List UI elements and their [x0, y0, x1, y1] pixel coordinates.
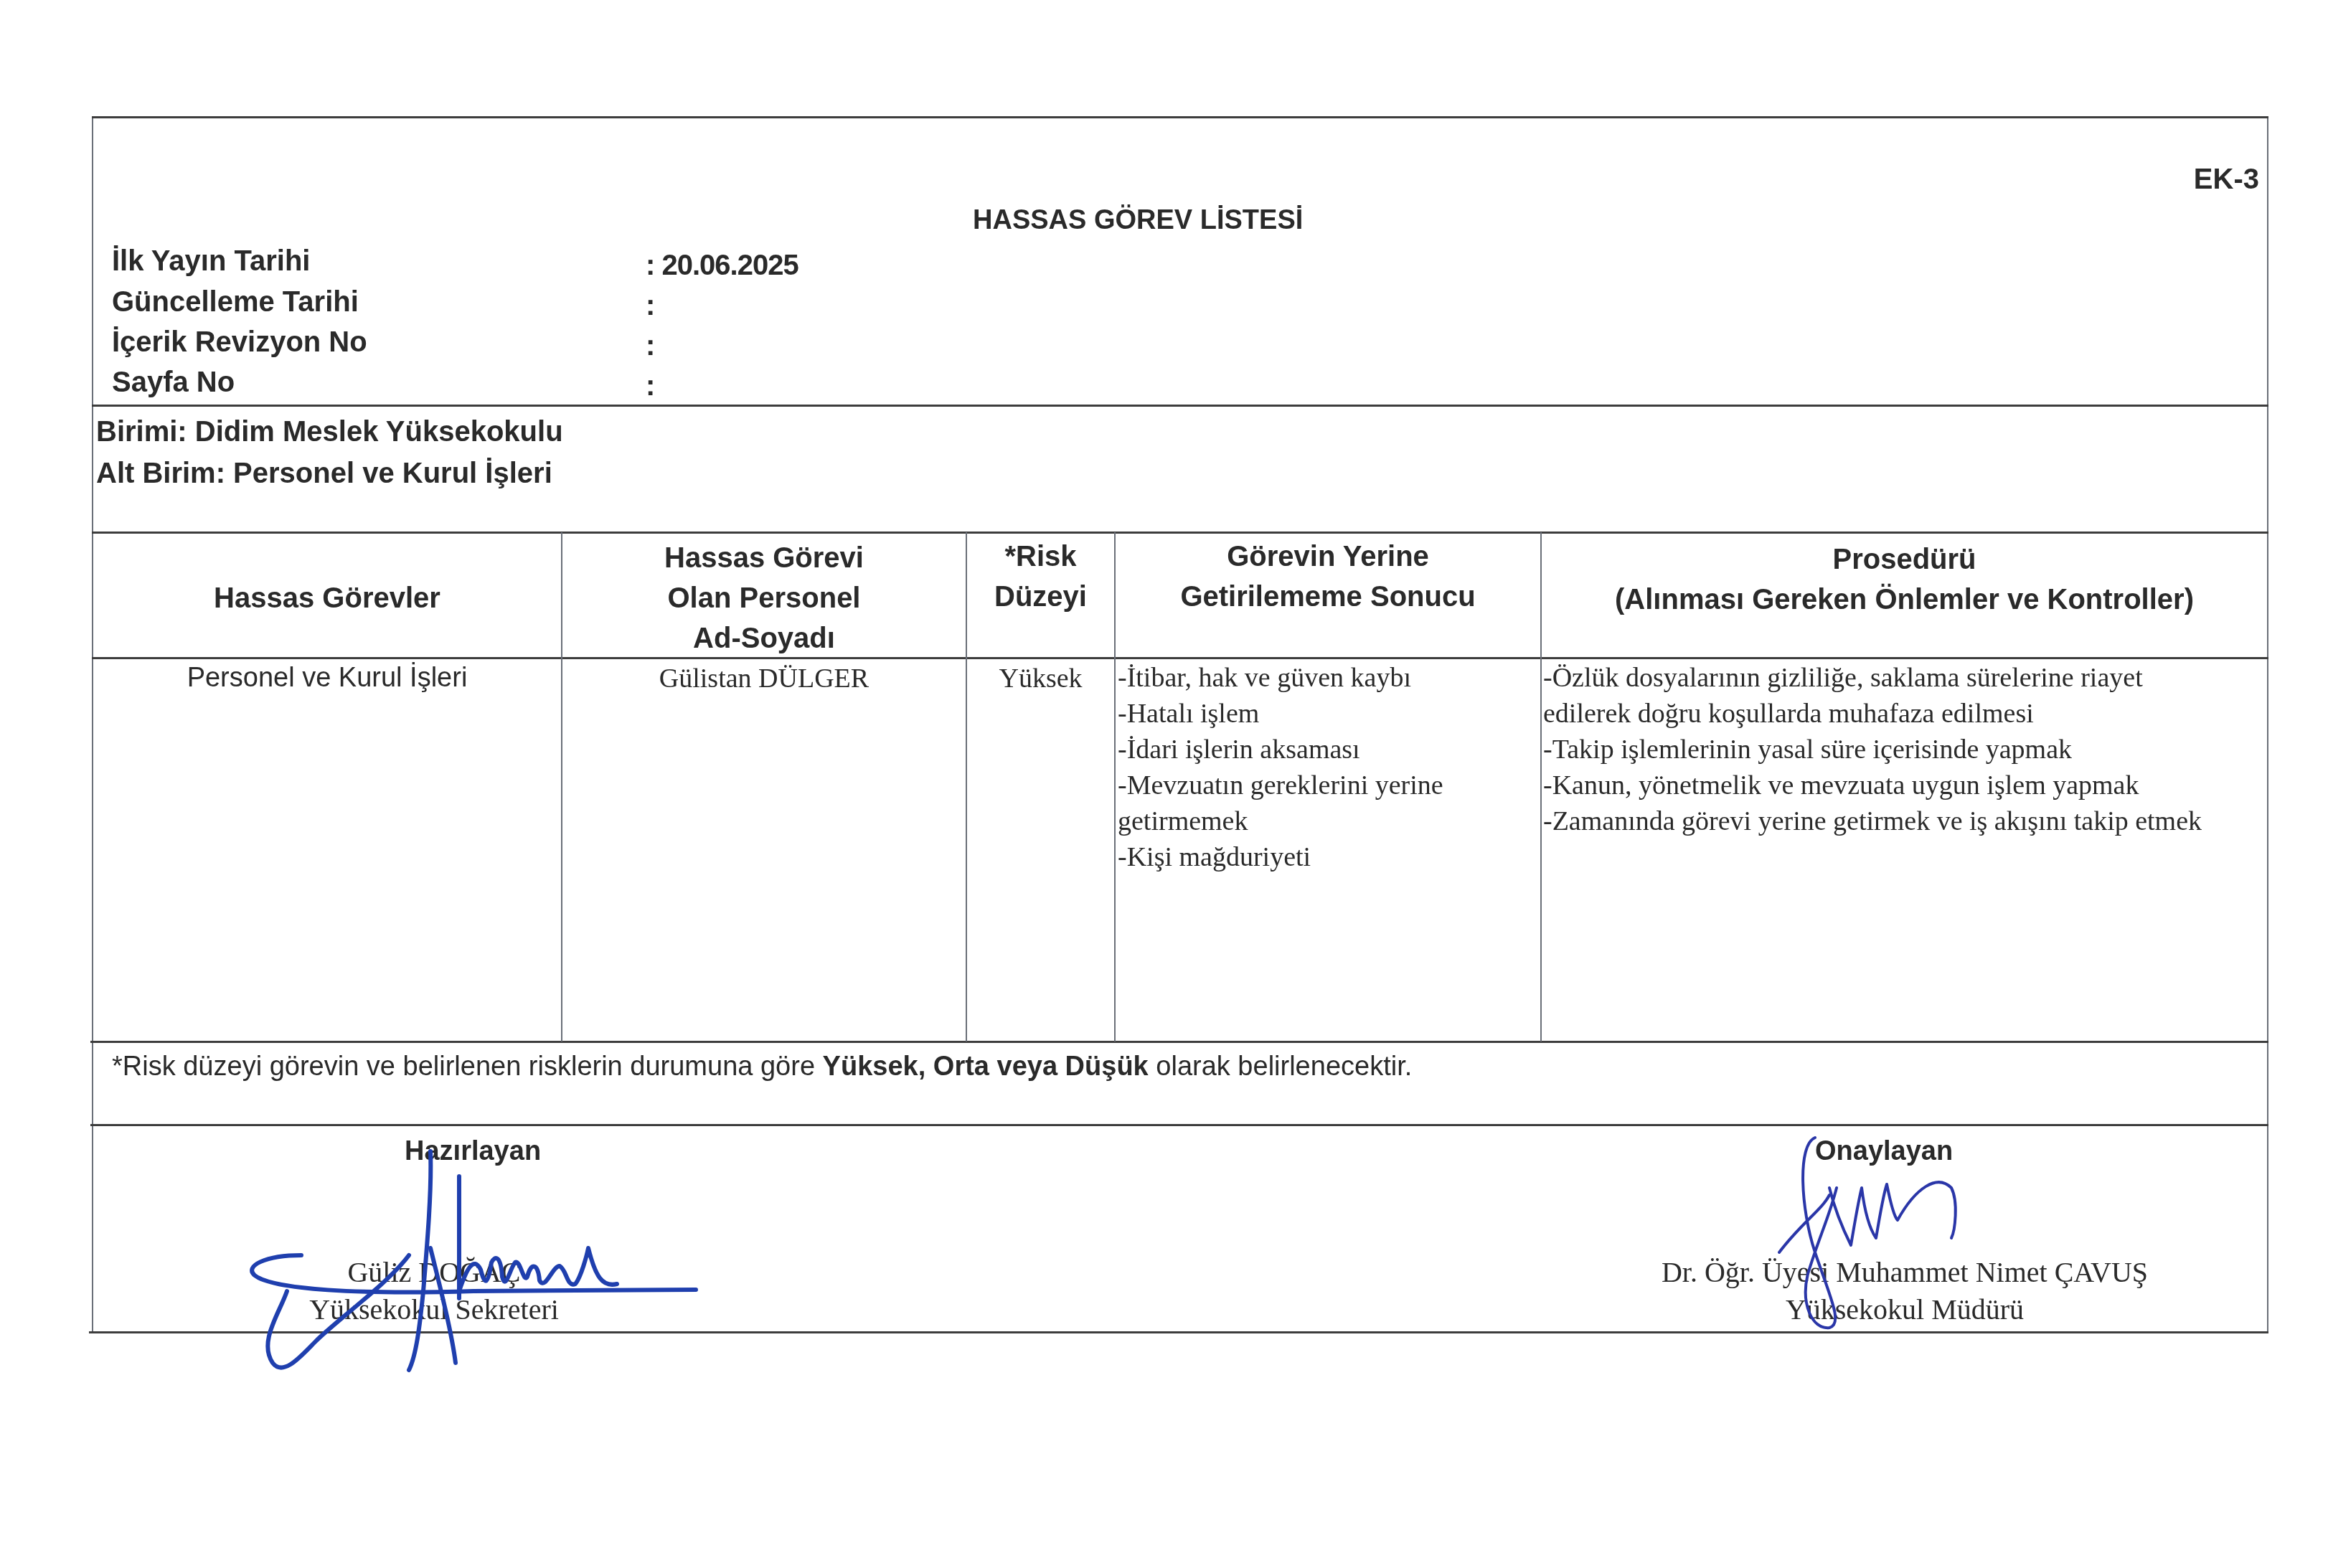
annex-label: EK-3 [2194, 164, 2259, 196]
divider-table-body [90, 1041, 2268, 1043]
unit-name: Birimi: Didim Meslek Yüksekokulu [96, 416, 563, 448]
consequence-item: -Kişi mağduriyeti [1118, 839, 1541, 875]
divider-table-header [92, 657, 2268, 659]
cell-procedures: -Özlük dosyalarının gizliliğe, saklama s… [1543, 660, 2268, 839]
header-procedures: Prosedürü (Alınması Gereken Önlemler ve … [1542, 539, 2267, 620]
meta-value-update-date: : [646, 290, 655, 322]
table-border-top [92, 116, 2268, 118]
consequence-item: getirmemek [1118, 803, 1541, 839]
cell-personnel: Gülistan DÜLGER [562, 663, 966, 694]
cell-task: Personel ve Kurul İşleri [93, 663, 561, 694]
meta-label-update-date: Güncelleme Tarihi [112, 286, 359, 318]
table-border-left [92, 117, 93, 1333]
procedure-item: -Zamanında görevi yerine getirmek ve iş … [1543, 803, 2268, 839]
divider-header-info [92, 405, 2268, 407]
procedure-item: -Özlük dosyalarının gizliliğe, saklama s… [1543, 660, 2268, 696]
meta-value-first-publish: : 20.06.2025 [646, 250, 798, 282]
consequence-item: -Mevzuatın gereklerini yerine [1118, 768, 1541, 803]
sub-unit-name: Alt Birim: Personel ve Kurul İşleri [96, 458, 552, 490]
meta-label-first-publish: İlk Yayın Tarihi [112, 245, 310, 278]
meta-label-page-no: Sayfa No [112, 367, 235, 399]
meta-value-revision-no: : [646, 330, 655, 362]
divider-unit-info [92, 532, 2268, 534]
cell-consequences: -İtibar, hak ve güven kaybı -Hatalı işle… [1118, 660, 1541, 875]
signature-ink-approved [1779, 1130, 2037, 1338]
meta-value-page-no: : [646, 370, 655, 402]
procedure-item: -Kanun, yönetmelik ve mevzuata uygun işl… [1543, 768, 2268, 803]
header-risk-level: *Risk Düzeyi [967, 537, 1114, 617]
page-title: HASSAS GÖREV LİSTESİ [973, 205, 1303, 236]
cell-risk-level: Yüksek [967, 663, 1114, 694]
procedure-item: -Takip işlemlerinin yasal süre içerisind… [1543, 732, 2268, 768]
divider-footnote [90, 1124, 2268, 1126]
risk-footnote: *Risk düzeyi görevin ve belirlenen riskl… [112, 1052, 1412, 1082]
procedure-item: edilerek doğru koşullarda muhafaza edilm… [1543, 696, 2268, 732]
consequence-item: -Hatalı işlem [1118, 696, 1541, 732]
signature-ink-prepared [244, 1148, 717, 1384]
consequence-item: -İtibar, hak ve güven kaybı [1118, 660, 1541, 696]
header-consequences: Görevin Yerine Getirilememe Sonucu [1116, 537, 1540, 617]
header-personnel: Hassas Görevi Olan Personel Ad-Soyadı [562, 538, 966, 658]
consequence-item: -İdari işlerin aksaması [1118, 732, 1541, 768]
meta-label-revision-no: İçerik Revizyon No [112, 326, 367, 359]
header-sensitive-tasks: Hassas Görevler [93, 578, 561, 618]
